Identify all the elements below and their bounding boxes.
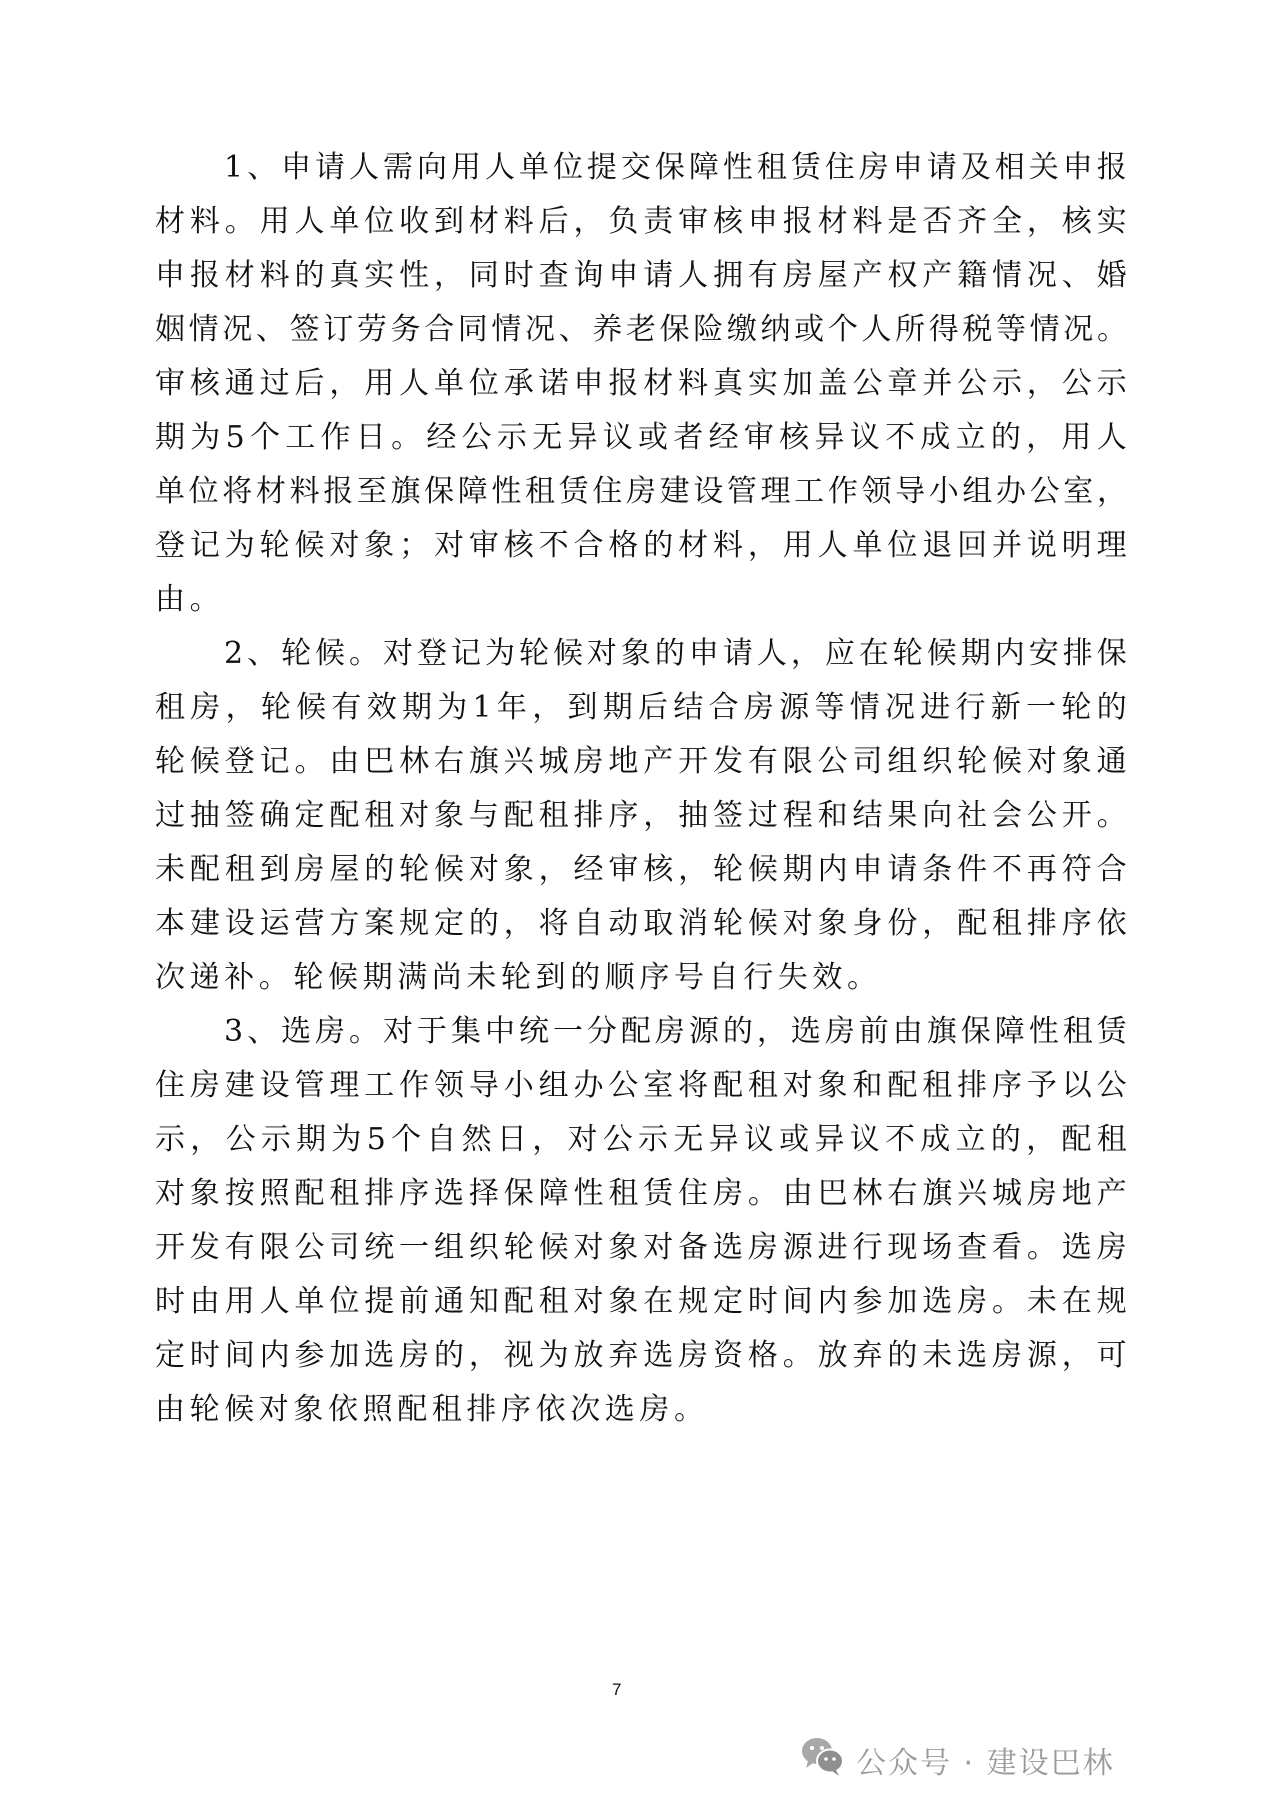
watermark-text: 公众号 · 建设巴林 bbox=[856, 1738, 1115, 1782]
text-line: 次递补。轮候期满尚未轮到的顺序号自行失效。 bbox=[155, 951, 1127, 1005]
text-line: 单位将材料报至旗保障性租赁住房建设管理工作领导小组办公室， bbox=[155, 465, 1127, 519]
paragraph: 3、选房。对于集中统一分配房源的，选房前由旗保障性租赁住房建设管理工作领导小组办… bbox=[155, 1005, 1127, 1437]
text-line: 2、轮候。对登记为轮候对象的申请人，应在轮候期内安排保 bbox=[155, 627, 1127, 681]
text-line: 姻情况、签订劳务合同情况、养老保险缴纳或个人所得税等情况。 bbox=[155, 303, 1127, 357]
text-line: 住房建设管理工作领导小组办公室将配租对象和配租排序予以公 bbox=[155, 1059, 1127, 1113]
document-page: 1、申请人需向用人单位提交保障性租赁住房申请及相关申报材料。用人单位收到材料后，… bbox=[155, 141, 1127, 1437]
text-line: 登记为轮候对象；对审核不合格的材料，用人单位退回并说明理 bbox=[155, 519, 1127, 573]
text-line: 时由用人单位提前通知配租对象在规定时间内参加选房。未在规 bbox=[155, 1275, 1127, 1329]
wechat-icon bbox=[800, 1735, 856, 1785]
page-number: 7 bbox=[612, 1680, 621, 1700]
text-line: 轮候登记。由巴林右旗兴城房地产开发有限公司组织轮候对象通 bbox=[155, 735, 1127, 789]
text-line: 过抽签确定配租对象与配租排序，抽签过程和结果向社会公开。 bbox=[155, 789, 1127, 843]
wechat-watermark: 公众号 · 建设巴林 bbox=[800, 1733, 1115, 1787]
paragraph: 1、申请人需向用人单位提交保障性租赁住房申请及相关申报材料。用人单位收到材料后，… bbox=[155, 141, 1127, 627]
text-line: 对象按照配租排序选择保障性租赁住房。由巴林右旗兴城房地产 bbox=[155, 1167, 1127, 1221]
text-line: 材料。用人单位收到材料后，负责审核申报材料是否齐全，核实 bbox=[155, 195, 1127, 249]
text-line: 由轮候对象依照配租排序依次选房。 bbox=[155, 1383, 1127, 1437]
paragraph: 2、轮候。对登记为轮候对象的申请人，应在轮候期内安排保租房，轮候有效期为1年，到… bbox=[155, 627, 1127, 1005]
text-line: 审核通过后，用人单位承诺申报材料真实加盖公章并公示，公示 bbox=[155, 357, 1127, 411]
text-line: 开发有限公司统一组织轮候对象对备选房源进行现场查看。选房 bbox=[155, 1221, 1127, 1275]
text-line: 示，公示期为5个自然日，对公示无异议或异议不成立的，配租 bbox=[155, 1113, 1127, 1167]
text-line: 定时间内参加选房的，视为放弃选房资格。放弃的未选房源，可 bbox=[155, 1329, 1127, 1383]
text-line: 本建设运营方案规定的，将自动取消轮候对象身份，配租排序依 bbox=[155, 897, 1127, 951]
text-line: 租房，轮候有效期为1年，到期后结合房源等情况进行新一轮的 bbox=[155, 681, 1127, 735]
text-line: 1、申请人需向用人单位提交保障性租赁住房申请及相关申报 bbox=[155, 141, 1127, 195]
text-line: 由。 bbox=[155, 573, 1127, 627]
text-line: 3、选房。对于集中统一分配房源的，选房前由旗保障性租赁 bbox=[155, 1005, 1127, 1059]
text-line: 未配租到房屋的轮候对象，经审核，轮候期内申请条件不再符合 bbox=[155, 843, 1127, 897]
text-line: 期为5个工作日。经公示无异议或者经审核异议不成立的，用人 bbox=[155, 411, 1127, 465]
text-line: 申报材料的真实性，同时查询申请人拥有房屋产权产籍情况、婚 bbox=[155, 249, 1127, 303]
